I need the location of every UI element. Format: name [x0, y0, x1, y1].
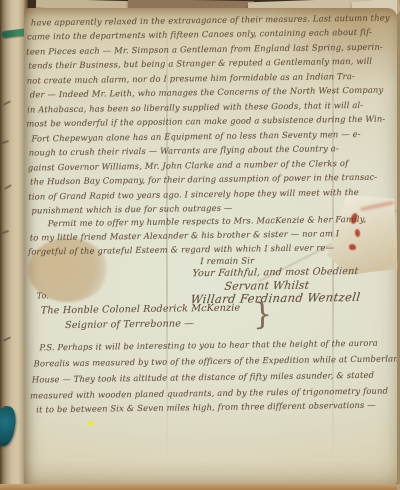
compliments-line: forgetful of the grateful Esteem & regar…: [28, 242, 334, 256]
letter-line: nough to crush their rivals — Warrants a…: [29, 143, 339, 157]
letter-line: have apparently relaxed in the extravaga…: [31, 12, 390, 27]
letter-line: teen Pieces each — Mr. Simpson a Gentlem…: [26, 42, 383, 57]
letter-line: gainst Governor Williams, Mr. John Clark…: [28, 158, 349, 172]
letter-line: the Hudson Bay Company, for their daring…: [30, 172, 377, 187]
postscript-line: House — They took its altitude at the di…: [32, 370, 374, 385]
page-bottom-edge: [0, 484, 400, 490]
letter-line: der — Indeed Mr. Leith, who manages the …: [30, 85, 384, 100]
address-recipient: The Honble Colonel Roderick McKenzie: [41, 303, 241, 317]
paper-fleck: [88, 421, 94, 426]
letter-line: came into the departments with fifteen C…: [27, 27, 372, 42]
compliments-line: to my little friend Master Alexander & h…: [30, 228, 340, 242]
letter-line: tends their Business, but being a Strang…: [28, 56, 372, 71]
letter-line: not create much alarm, nor do I presume …: [27, 71, 355, 86]
address-brace: }: [253, 297, 273, 332]
letter-line: tion of Grand Rapid two years ago. I sin…: [28, 187, 359, 202]
letter-line: in Athabasca, has been so liberally supp…: [27, 100, 363, 115]
address-to: To.: [37, 291, 50, 300]
valediction-line-1: Your Faithful, and most Obedient: [192, 266, 359, 279]
postscript-line: Borealis was measured by two of the offi…: [34, 353, 400, 368]
address-title: Seignior of Terrebonne —: [65, 318, 194, 331]
postscript-line: measured with wooden planed quadrants, a…: [30, 386, 388, 401]
letter-line: punishment which is due for such outrage…: [31, 203, 232, 216]
handwriting-layer: have apparently relaxed in the extravaga…: [21, 5, 400, 486]
compliments-line: Permit me to offer my humble respects to…: [48, 214, 367, 228]
closing-i-remain: I remain Sir: [200, 256, 254, 267]
letter-page: have apparently relaxed in the extravaga…: [24, 8, 397, 484]
letter-line: most be wonderful if the opposition can …: [26, 114, 385, 129]
letter-line: Fort Chepewyan alone has an Equipment of…: [31, 129, 360, 144]
postscript-line: P.S. Perhaps it will be interesting to y…: [39, 338, 378, 353]
manuscript-scan: have apparently relaxed in the extravaga…: [0, 0, 400, 490]
postscript-line: it to be between Six & Seven miles high,…: [36, 400, 376, 415]
